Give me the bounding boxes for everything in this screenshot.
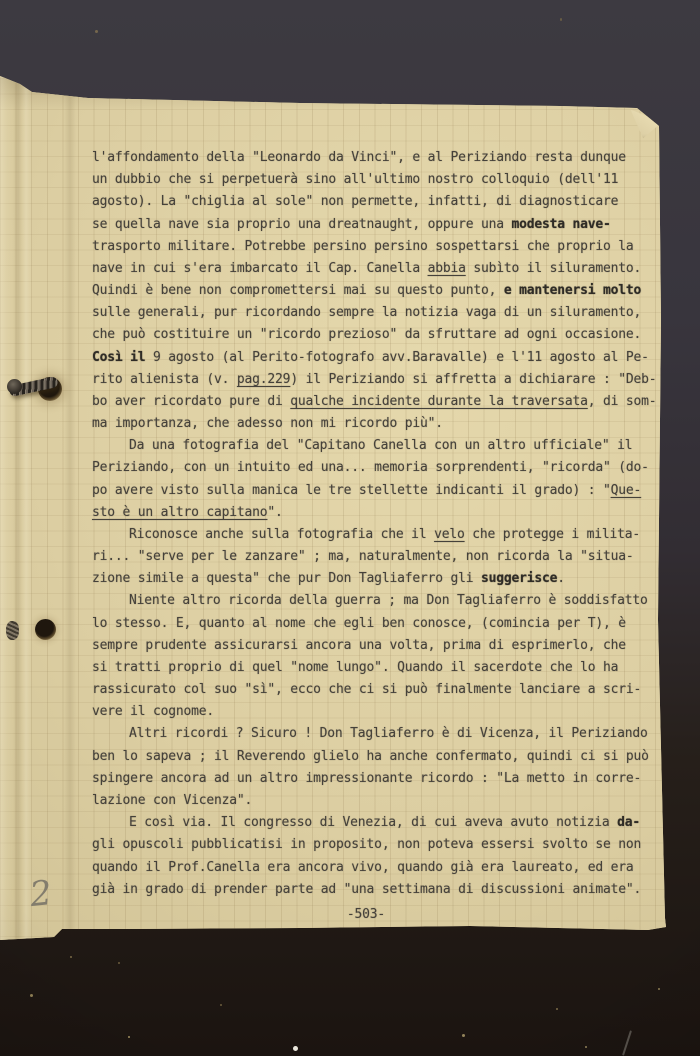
text-line: lo stesso. E, quanto al nome che egli be… — [92, 613, 664, 635]
text-line: bo aver ricordato pure di qualche incide… — [92, 391, 664, 413]
text-line: zione simile a questa" che pur Don Tagli… — [92, 568, 664, 590]
dust-speck — [556, 1008, 558, 1010]
text-line: trasporto militare. Potrebbe persino per… — [92, 236, 664, 258]
text-line: sto è un altro capitano". — [92, 502, 664, 524]
document-page: 2 l'affondamento della "Leonardo da Vinc… — [0, 0, 700, 1056]
text-line: Niente altro ricorda della guerra ; ma D… — [92, 590, 664, 612]
typewritten-lines: l'affondamento della "Leonardo da Vinci"… — [92, 147, 664, 901]
page-number: -503- — [92, 904, 640, 926]
dust-speck — [128, 1036, 130, 1038]
text-line: si tratti proprio di quel "nome lungo". … — [92, 657, 664, 679]
text-line: Da una fotografia del "Capitano Canella … — [92, 435, 664, 457]
text-line: l'affondamento della "Leonardo da Vinci"… — [92, 147, 664, 169]
text-line: ma importanza, che adesso non mi ricordo… — [92, 413, 664, 435]
text-line: agosto). La "chiglia al sole" non permet… — [92, 191, 664, 213]
text-line: rito alienista (v. pag.229) il Periziand… — [92, 369, 664, 391]
dust-speck — [658, 988, 660, 990]
text-line: Periziando, con un intuito ed una... mem… — [92, 457, 664, 479]
dust-speck — [118, 962, 120, 964]
binder-fastener-head — [7, 379, 22, 394]
handwritten-page-note: 2 — [28, 873, 54, 915]
text-line: vere il cognome. — [92, 701, 664, 723]
text-line: Riconosce anche sulla fotografia che il … — [92, 524, 664, 546]
text-line: po avere visto sulla manica le tre stell… — [92, 480, 664, 502]
photo-background: 2 l'affondamento della "Leonardo da Vinc… — [0, 0, 700, 1056]
dust-speck — [585, 1046, 587, 1048]
dust-speck — [220, 1004, 222, 1006]
text-line: nave in cui s'era imbarcato il Cap. Cane… — [92, 258, 664, 280]
typewritten-text: l'affondamento della "Leonardo da Vinci"… — [92, 147, 664, 926]
dust-speck — [462, 1034, 465, 1037]
dust-speck — [95, 30, 98, 33]
text-line: se quella nave sia proprio una dreatnaug… — [92, 214, 664, 236]
text-line: ben lo sapeva ; il Reverendo glielo ha a… — [92, 746, 664, 768]
dust-speck — [30, 994, 33, 997]
text-line: E così via. Il congresso di Venezia, di … — [92, 812, 664, 834]
text-line: Altri ricordi ? Sicuro ! Don Tagliaferro… — [92, 723, 664, 745]
text-line: rassicurato col suo "sì", ecco che ci si… — [92, 679, 664, 701]
text-line: già in grado di prender parte ad "una se… — [92, 879, 664, 901]
text-line: spingere ancora ad un altro impressionan… — [92, 768, 664, 790]
text-line: quando il Prof.Canella era ancora vivo, … — [92, 857, 664, 879]
text-line: lazione con Vicenza". — [92, 790, 664, 812]
binder-hole-bottom — [35, 619, 56, 640]
text-line: Così il 9 agosto (al Perito-fotografo av… — [92, 347, 664, 369]
text-line: sempre prudente assicurarsi ancora una v… — [92, 635, 664, 657]
text-line: ri... "serve per le zanzare" ; ma, natur… — [92, 546, 664, 568]
dust-speck — [70, 956, 72, 958]
text-line: Quindi è bene non compromettersi mai su … — [92, 280, 664, 302]
text-line: gli opuscoli pubblicatisi in proposito, … — [92, 834, 664, 856]
dust-speck — [560, 18, 562, 21]
scratch-mark — [622, 1030, 632, 1055]
text-line: che può costituire un "ricordo prezioso"… — [92, 324, 664, 346]
dust-speck — [293, 1046, 298, 1051]
text-line: un dubbio che si perpetuerà sino all'ult… — [92, 169, 664, 191]
binder-coil — [6, 621, 19, 640]
text-line: sulle generali, pur ricordando sempre la… — [92, 302, 664, 324]
